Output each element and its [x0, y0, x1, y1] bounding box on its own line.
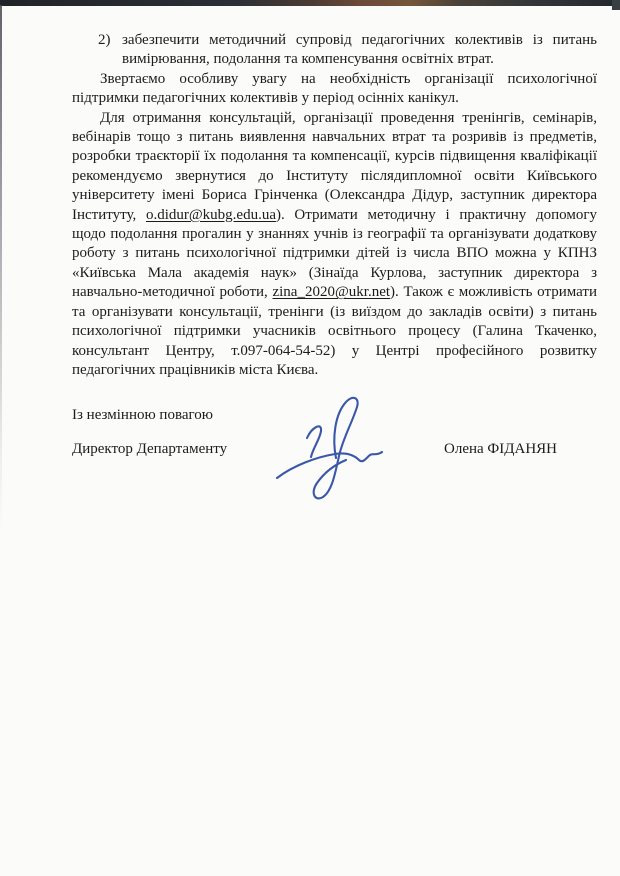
scan-top-edge [0, 0, 620, 6]
paragraph-attention: Звертаємо особливу увагу на необхідність… [72, 70, 597, 109]
paragraph-consultations: Для отримання консультацій, організації … [72, 109, 597, 381]
signer-row: Директор Департаменту Олена ФІДАНЯН [72, 440, 597, 459]
signer-title: Директор Департаменту [72, 440, 227, 459]
letter-body: 2) забезпечити методичний супровід педаг… [72, 31, 597, 459]
scanned-letter-page: 2) забезпечити методичний супровід педаг… [0, 0, 620, 876]
scan-left-edge [0, 5, 2, 530]
email-link-text: o.didur@kubg.edu.ua [146, 207, 276, 223]
closing-regards: Із незмінною повагою [72, 406, 597, 425]
scan-corner-notch [612, 0, 620, 10]
signer-name: Олена ФІДАНЯН [444, 440, 557, 459]
email-link-text: zina_2020@ukr.net [272, 284, 390, 300]
list-item-2: 2) забезпечити методичний супровід педаг… [98, 31, 597, 70]
list-item-text: забезпечити методичний супровід педагогі… [122, 31, 597, 70]
list-item-marker: 2) [98, 31, 122, 70]
